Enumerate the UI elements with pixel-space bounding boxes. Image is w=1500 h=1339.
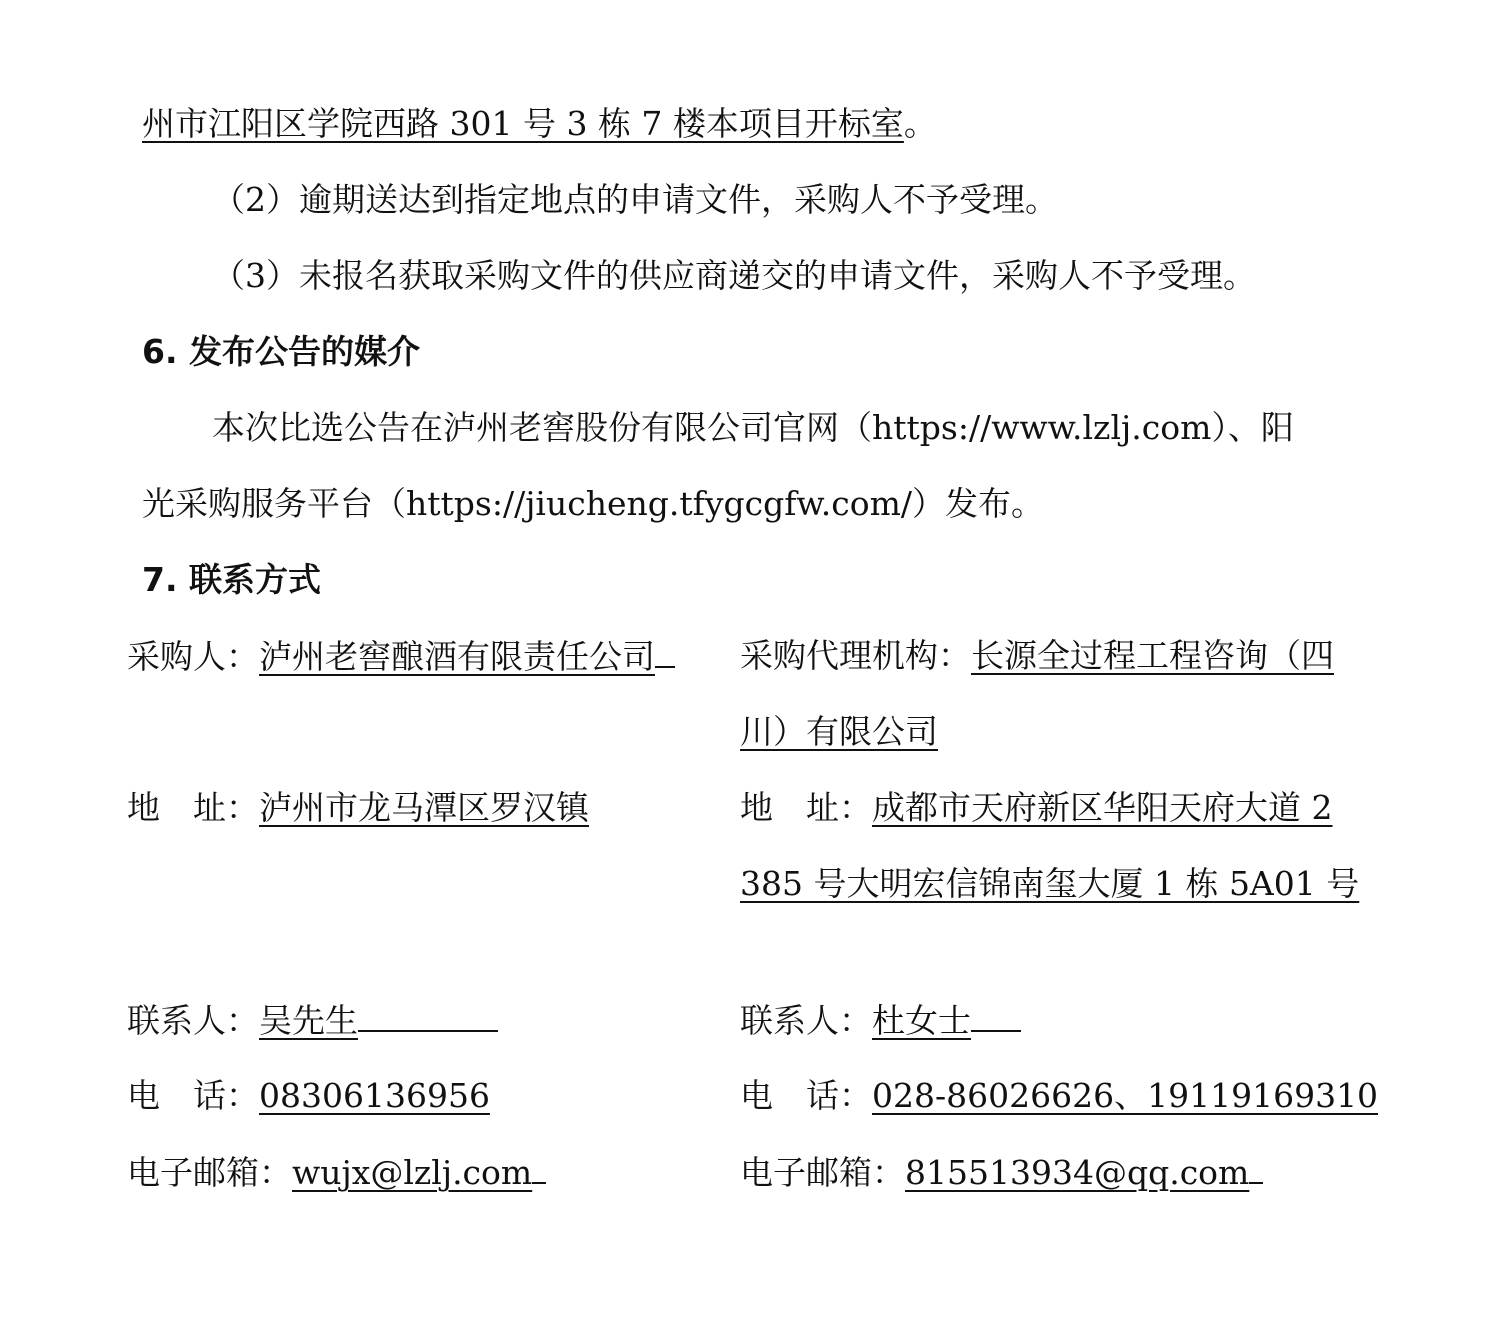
agency-name-value-line2: 川）有限公司 [740,712,938,751]
agency-email-row: 电子邮箱：815513934@qq.com [740,1152,1263,1193]
purchaser-email-row: 电子邮箱：wujx@lzlj.com [127,1152,546,1193]
section-6-heading: 6. 发布公告的媒介 [142,332,420,372]
agency-phone-value: 028-86026626、19119169310 [872,1076,1378,1115]
purchaser-address-row: 地 址：泸州市龙马潭区罗汉镇 [127,788,589,828]
underline-fill [1249,1152,1263,1184]
purchaser-name-value: 泸州老窖酿酒有限责任公司 [259,637,655,676]
venue-line: 州市江阳区学院西路 301 号 3 栋 7 楼本项目开标室。 [142,104,937,144]
agency-phone-label: 电 话： [740,1076,872,1115]
purchaser-name-row: 采购人：泸州老窖酿酒有限责任公司 [127,636,675,677]
agency-address-value-line1: 成都市天府新区华阳天府大道 2 [872,788,1333,827]
agency-address-value-line2: 385 号大明宏信锦南玺大厦 1 栋 5A01 号 [740,864,1359,903]
underline-fill [358,1000,498,1032]
agency-email-label: 电子邮箱： [740,1153,905,1192]
agency-contact-label: 联系人： [740,1001,872,1040]
section-6-para-line2: 光采购服务平台（https://jiucheng.tfygcgfw.com/）发… [142,484,1044,524]
underline-fill [532,1152,546,1184]
agency-name-row-cont: 川）有限公司 [740,712,938,752]
purchaser-contact-label: 联系人： [127,1001,259,1040]
section-7-heading: 7. 联系方式 [142,560,321,600]
agency-address-row-cont: 385 号大明宏信锦南玺大厦 1 栋 5A01 号 [740,864,1359,904]
item-unregistered-supplier: （3）未报名获取采购文件的供应商递交的申请文件，采购人不予受理。 [212,256,1256,296]
purchaser-email-value: wujx@lzlj.com [292,1153,532,1192]
agency-contact-value: 杜女士 [872,1001,971,1040]
underline-fill [971,1000,1021,1032]
agency-phone-row: 电 话：028-86026626、19119169310 [740,1076,1378,1116]
section-6-para-line1: 本次比选公告在泸州老窖股份有限公司官网（https://www.lzlj.com… [212,408,1294,448]
venue-period: 。 [904,104,937,143]
venue-address: 州市江阳区学院西路 301 号 3 栋 7 楼本项目开标室 [142,104,904,143]
underline-fill [655,636,675,668]
agency-name-label: 采购代理机构： [740,636,971,675]
agency-address-row: 地 址：成都市天府新区华阳天府大道 2 [740,788,1333,828]
purchaser-phone-row: 电 话：08306136956 [127,1076,490,1116]
purchaser-name-label: 采购人： [127,637,259,676]
item-late-submission: （2）逾期送达到指定地点的申请文件，采购人不予受理。 [212,180,1058,220]
agency-name-row: 采购代理机构：长源全过程工程咨询（四 [740,636,1334,676]
purchaser-email-label: 电子邮箱： [127,1153,292,1192]
purchaser-contact-row: 联系人：吴先生 [127,1000,498,1041]
purchaser-address-label: 地 址： [127,788,259,827]
agency-name-value-line1: 长源全过程工程咨询（四 [971,636,1334,675]
agency-address-label: 地 址： [740,788,872,827]
purchaser-contact-value: 吴先生 [259,1001,358,1040]
agency-contact-row: 联系人：杜女士 [740,1000,1021,1041]
purchaser-phone-value: 08306136956 [259,1076,490,1115]
purchaser-phone-label: 电 话： [127,1076,259,1115]
purchaser-address-value: 泸州市龙马潭区罗汉镇 [259,788,589,827]
agency-email-value: 815513934@qq.com [905,1153,1249,1192]
